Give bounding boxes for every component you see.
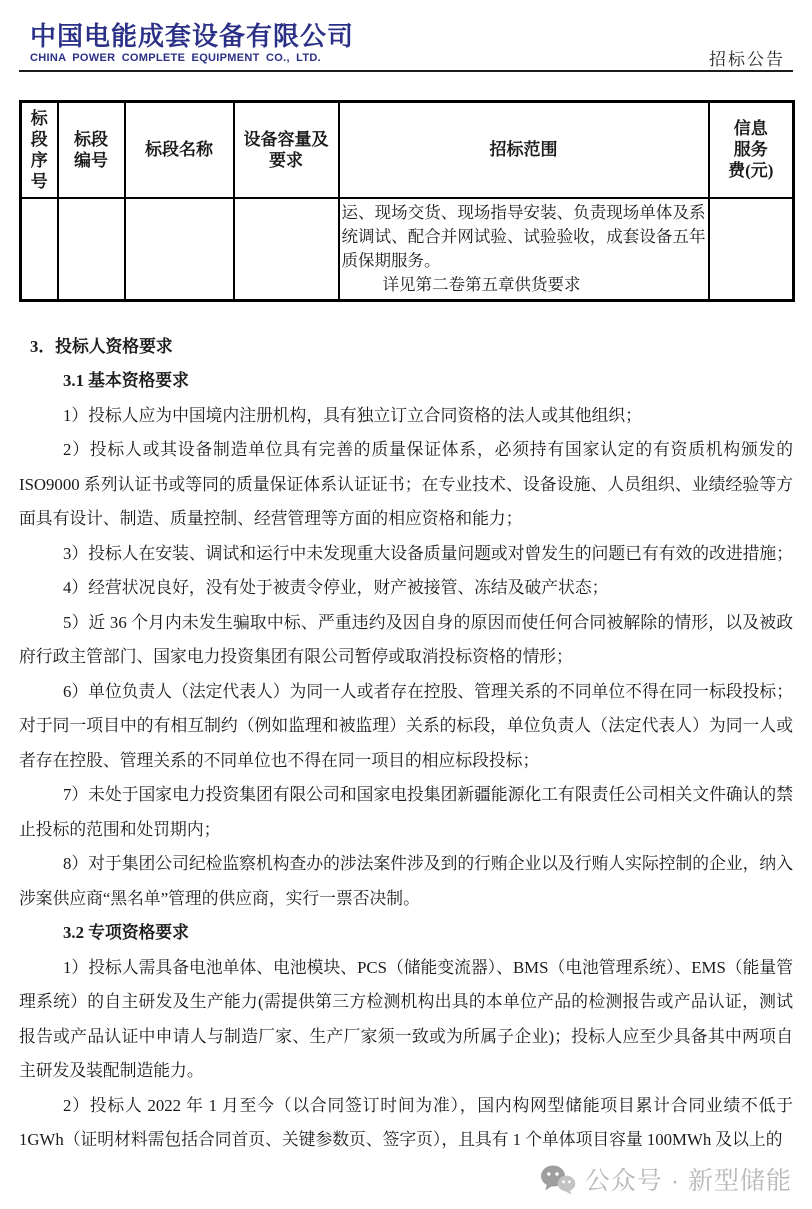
column-header-section-code: 标段 编号	[58, 102, 125, 198]
document-body: 3．投标人资格要求 3.1 基本资格要求 1）投标人应为中国境内注册机构，具有独…	[19, 330, 793, 1158]
column-header-section-name: 标段名称	[125, 102, 234, 198]
column-header-scope: 招标范围	[339, 102, 709, 198]
company-name-en: CHINA POWER COMPLETE EQUIPMENT CO., LTD.	[30, 52, 354, 65]
requirement-item-2: 2）投标人或其设备制造单位具有完善的质量保证体系，必须持有国家认定的有资质机构颁…	[19, 433, 793, 537]
scope-detail-text: 详见第二卷第五章供货要求	[342, 273, 706, 297]
requirement-item-6: 6）单位负责人（法定代表人）为同一人或者存在控股、管理关系的不同单位不得在同一标…	[19, 675, 793, 779]
requirement-item-7: 7）未处于国家电力投资集团有限公司和国家电投集团新疆能源化工有限责任公司相关文件…	[19, 778, 793, 847]
special-requirement-item-1: 1）投标人需具备电池单体、电池模块、PCS（储能变流器）、BMS（电池管理系统）…	[19, 951, 793, 1089]
wechat-icon	[540, 1164, 576, 1195]
table-row: 运、现场交货、现场指导安装、负责现场单体及系统调试、配合并网试验、试验验收，成套…	[21, 198, 794, 301]
cell-capacity	[234, 198, 339, 301]
requirement-item-8: 8）对于集团公司纪检监察机构查办的涉法案件涉及到的行贿企业以及行贿人实际控制的企…	[19, 847, 793, 916]
subsection-heading-3-2: 3.2 专项资格要求	[19, 916, 793, 951]
column-header-fee: 信息 服务 费(元)	[709, 102, 794, 198]
special-requirement-item-2: 2）投标人 2022 年 1 月至今（以合同签订时间为准），国内构网型储能项目累…	[19, 1089, 793, 1158]
scope-text: 运、现场交货、现场指导安装、负责现场单体及系统调试、配合并网试验、试验验收，成套…	[342, 201, 706, 273]
document-page: 中国电能成套设备有限公司 CHINA POWER COMPLETE EQUIPM…	[0, 0, 812, 1209]
bid-sections-table: 标 段 序 号 标段 编号 标段名称 设备容量及 要求 招标范围 信息 服务 费…	[19, 100, 795, 302]
cell-section-code	[58, 198, 125, 301]
cell-scope: 运、现场交货、现场指导安装、负责现场单体及系统调试、配合并网试验、试验验收，成套…	[339, 198, 709, 301]
company-logo: 中国电能成套设备有限公司 CHINA POWER COMPLETE EQUIPM…	[30, 22, 354, 65]
section-heading-3: 3．投标人资格要求	[19, 330, 793, 365]
watermark: 公众号 · 新型储能	[540, 1161, 792, 1197]
requirement-item-5: 5）近 36 个月内未发生骗取中标、严重违约及因自身的原因而使任何合同被解除的情…	[19, 606, 793, 675]
column-header-section-seq: 标 段 序 号	[21, 102, 58, 198]
cell-section-name	[125, 198, 234, 301]
cell-section-seq	[21, 198, 58, 301]
page-header: 中国电能成套设备有限公司 CHINA POWER COMPLETE EQUIPM…	[0, 0, 812, 72]
table-header-row: 标 段 序 号 标段 编号 标段名称 设备容量及 要求 招标范围 信息 服务 费…	[21, 102, 794, 198]
doc-type-label: 招标公告	[709, 45, 785, 70]
column-header-capacity: 设备容量及 要求	[234, 102, 339, 198]
requirement-item-4: 4）经营状况良好，没有处于被责令停业，财产被接管、冻结及破产状态；	[19, 571, 793, 606]
requirement-item-3: 3）投标人在安装、调试和运行中未发现重大设备质量问题或对曾发生的问题已有有效的改…	[19, 537, 793, 572]
header-rule	[19, 70, 793, 72]
requirement-item-1: 1）投标人应为中国境内注册机构，具有独立订立合同资格的法人或其他组织；	[19, 399, 793, 434]
subsection-heading-3-1: 3.1 基本资格要求	[19, 364, 793, 399]
watermark-text: 公众号 · 新型储能	[585, 1161, 792, 1197]
company-name-cn: 中国电能成套设备有限公司	[30, 22, 354, 51]
cell-fee	[709, 198, 794, 301]
